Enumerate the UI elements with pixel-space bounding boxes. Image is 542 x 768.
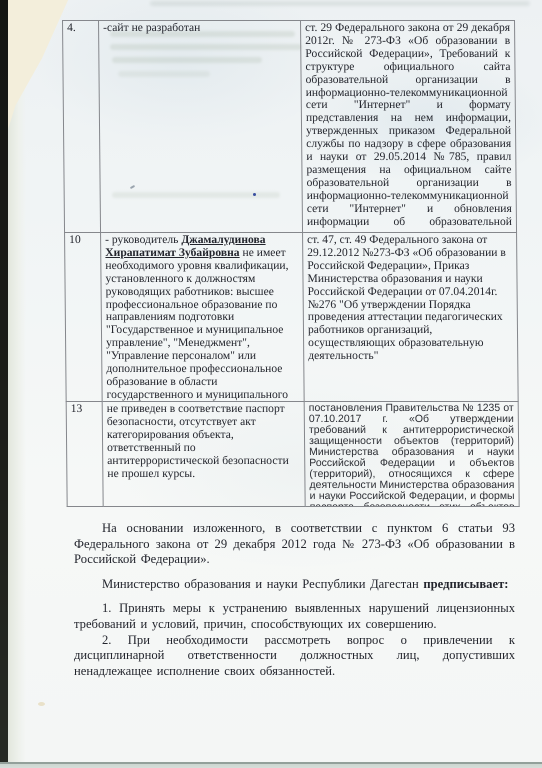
table-row: 13 не приведен в соответствие паспорт бе… (66, 402, 519, 507)
violations-table-wrap: 4. -сайт не разработан ст. 29 Федерально… (62, 20, 520, 507)
row-number-cell: 4. (63, 21, 101, 233)
row-number: 4. (67, 22, 96, 232)
scan-edge-black (0, 0, 8, 768)
scan-bottom-edge (0, 762, 542, 768)
violation-text: - руководитель Джамалудинова Хирапатимат… (105, 234, 300, 401)
directive-verb: предписывает: (423, 577, 508, 591)
row-number-cell: 13 (66, 402, 103, 507)
table-row: 10 - руководитель Джамалудинова Хирапати… (65, 233, 519, 402)
order-item-1: 1. Принять меры к устранению выявленных … (74, 601, 515, 632)
violation-cell: не приведен в соответствие паспорт безоп… (102, 402, 305, 507)
directive-paragraph: Министерство образования и науки Республ… (74, 577, 515, 593)
violation-text: -сайт не разработан (103, 22, 298, 232)
legal-basis-cell: ст. 29 Федерального закона от 29 декабря… (301, 21, 517, 233)
legal-basis-text: ст. 29 Федерального закона от 29 декабря… (305, 22, 512, 232)
directive-lead: Министерство образования и науки Республ… (102, 577, 423, 591)
row-number: 10 (69, 234, 98, 401)
row-number: 13 (71, 403, 99, 506)
legal-basis-text: ст. 47, ст. 49 Федерального закона от 29… (307, 234, 514, 401)
top-bleed-smudge (150, 1, 530, 6)
violation-prefix: - руководитель (105, 234, 181, 246)
order-item-2: 2. При необходимости рассмотреть вопрос … (74, 633, 515, 680)
violations-table: 4. -сайт не разработан ст. 29 Федерально… (62, 20, 520, 507)
violation-cell: - руководитель Джамалудинова Хирапатимат… (101, 233, 305, 402)
legal-basis-cell: постановления Правительства № 1235 от 07… (304, 402, 519, 507)
row-number-cell: 10 (65, 233, 103, 402)
violation-text: не приведен в соответствие паспорт безоп… (107, 403, 301, 506)
closing-paragraph: На основании изложенного, в соответствии… (74, 521, 515, 568)
scanned-page: 4. -сайт не разработан ст. 29 Федерально… (0, 0, 542, 768)
violation-suffix: не имеет необходимого уровня квалификаци… (105, 246, 288, 401)
legal-basis-cell: ст. 47, ст. 49 Федерального закона от 29… (303, 233, 519, 402)
violation-cell: -сайт не разработан (99, 21, 303, 233)
legal-basis-text: постановления Правительства № 1235 от 07… (309, 403, 515, 506)
paper-speck (38, 702, 45, 706)
table-row: 4. -сайт не разработан ст. 29 Федерально… (63, 21, 517, 233)
closing-text-block: На основании изложенного, в соответствии… (74, 521, 515, 679)
